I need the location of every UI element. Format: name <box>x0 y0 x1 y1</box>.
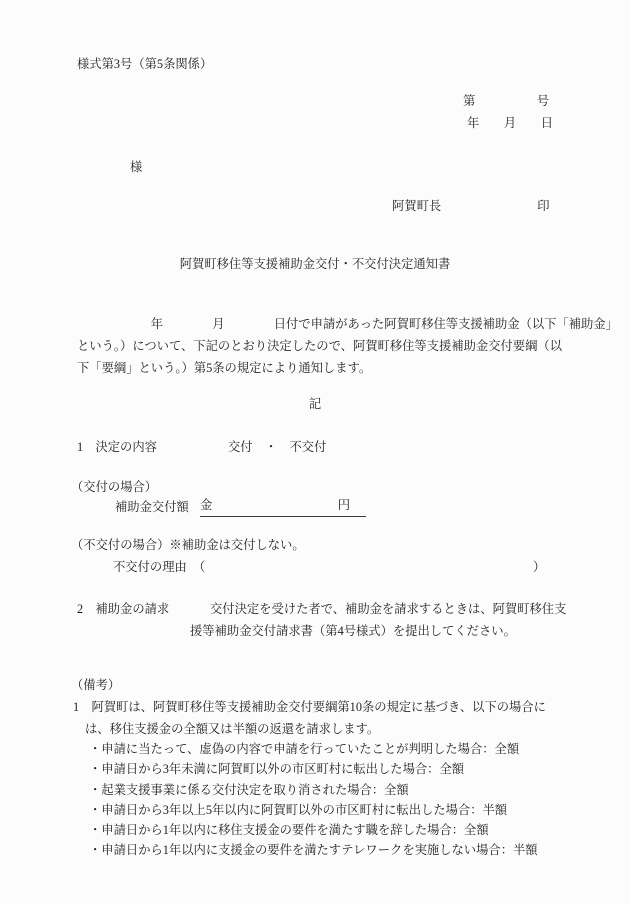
no-grant-case-label: （不交付の場合）※補助金は交付しない。 <box>71 537 305 554</box>
grant-amount-field: 金 円 <box>200 497 366 517</box>
form-number: 様式第3号（第5条関係） <box>77 56 212 73</box>
claim-section-label: 2 補助金の請求 <box>77 601 169 618</box>
reason-close-paren: ） <box>533 559 545 576</box>
note-bullet: ・申請日から3年未満に阿賀町以外の市区町村に転出した場合：全額 <box>89 759 538 779</box>
seal-mark: 印 <box>537 196 549 214</box>
ki-marker: 記 <box>0 396 630 413</box>
note-1-line-1: 1 阿賀町は、阿賀町移住等支援補助金交付要綱第10条の規定に基づき、以下の場合に <box>73 699 546 716</box>
note-1-line-2: は、移住支援金の全額又は半額の返還を請求します。 <box>85 721 379 738</box>
intro-line: 年 月 日付で申請があった阿賀町移住等支援補助金（以下「補助金」 <box>77 313 618 335</box>
notes-header: （備考） <box>71 677 120 694</box>
document-title: 阿賀町移住等支援補助金交付・不交付決定通知書 <box>0 256 630 273</box>
signature-row: 阿賀町長 印 <box>392 196 550 214</box>
amount-prefix: 金 <box>200 497 212 516</box>
intro-line: という。）について、下記のとおり決定したので、阿賀町移住等支援補助金交付要綱（以 <box>77 335 618 357</box>
intro-paragraph: 年 月 日付で申請があった阿賀町移住等支援補助金（以下「補助金」 という。）につ… <box>77 313 618 379</box>
note-bullet: ・申請日から3年以上5年以内に阿賀町以外の市区町村に転出した場合：半額 <box>89 800 538 820</box>
note-bullet: ・起業支援事業に係る交付決定を取り消された場合：全額 <box>89 780 538 800</box>
note-bullet: ・申請に当たって、虚偽の内容で申請を行っていたことが判明した場合：全額 <box>89 739 538 759</box>
note-bullet-list: ・申請に当たって、虚偽の内容で申請を行っていたことが判明した場合：全額 ・申請日… <box>89 739 538 861</box>
note-bullet: ・申請日から1年以内に移住支援金の要件を満たす職を辞した場合：全額 <box>89 820 538 840</box>
amount-label: 補助金交付額 <box>115 499 189 516</box>
intro-line: 下「要綱」という。）第5条の規定により通知します。 <box>77 357 618 379</box>
decision-section-label: 1 決定の内容 <box>77 439 157 456</box>
reason-label: 不交付の理由 （ <box>113 559 205 576</box>
claim-line-2: 援等補助金交付請求書（第4号様式）を提出してください。 <box>190 623 516 640</box>
grant-case-label: （交付の場合） <box>71 479 157 496</box>
notice-document: 様式第3号（第5条関係） 第 号 年 月 日 様 阿賀町長 印 阿賀町移住等支援… <box>0 0 630 903</box>
date-line: 年 月 日 <box>467 115 553 132</box>
document-number: 第 号 <box>463 93 549 110</box>
addressee-suffix: 様 <box>130 159 142 176</box>
amount-suffix: 円 <box>338 497 350 516</box>
decision-choices: 交付 ・ 不交付 <box>228 439 326 456</box>
mayor-name: 阿賀町長 <box>392 196 441 214</box>
claim-line-1: 交付決定を受けた者で、補助金を請求するときは、阿賀町移住支 <box>210 601 566 618</box>
note-bullet: ・申請日から1年以内に支援金の要件を満たすテレワークを実施しない場合：半額 <box>89 840 538 860</box>
